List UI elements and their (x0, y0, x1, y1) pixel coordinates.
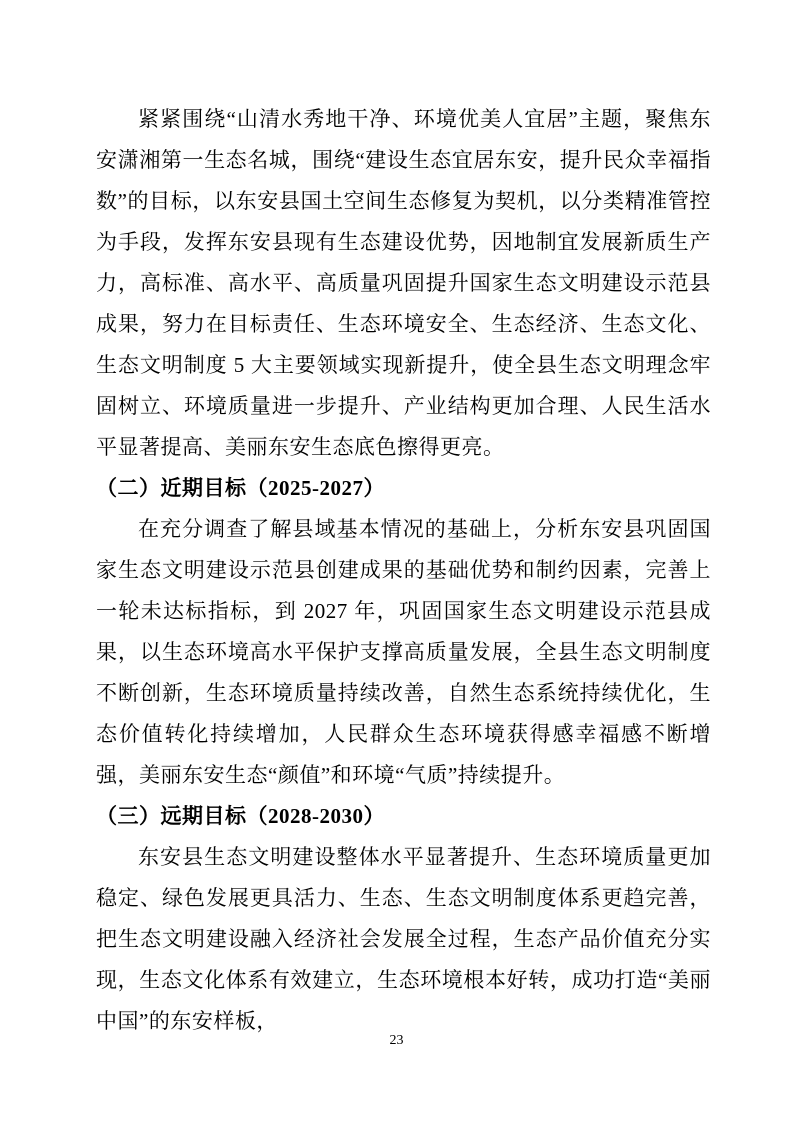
heading-near-term-goals: （二）近期目标（2025-2027） (96, 468, 711, 509)
document-page: 紧紧围绕“山清水秀地干净、环境优美人宜居”主题，聚焦东安潇湘第一生态名城，围绕“… (0, 0, 793, 1122)
page-footer: 23 (0, 1031, 793, 1051)
paragraph-near-term-goals: 在充分调查了解县域基本情况的基础上，分析东安县巩固国家生态文明建设示范县创建成果… (96, 509, 711, 796)
paragraph-overall-goals: 紧紧围绕“山清水秀地干净、环境优美人宜居”主题，聚焦东安潇湘第一生态名城，围绕“… (96, 99, 711, 468)
page-number: 23 (390, 1033, 404, 1048)
paragraph-long-term-goals: 东安县生态文明建设整体水平显著提升、生态环境质量更加稳定、绿色发展更具活力、生态… (96, 837, 711, 1042)
heading-long-term-goals: （三）远期目标（2028-2030） (96, 796, 711, 837)
document-content: 紧紧围绕“山清水秀地干净、环境优美人宜居”主题，聚焦东安潇湘第一生态名城，围绕“… (96, 99, 711, 1042)
